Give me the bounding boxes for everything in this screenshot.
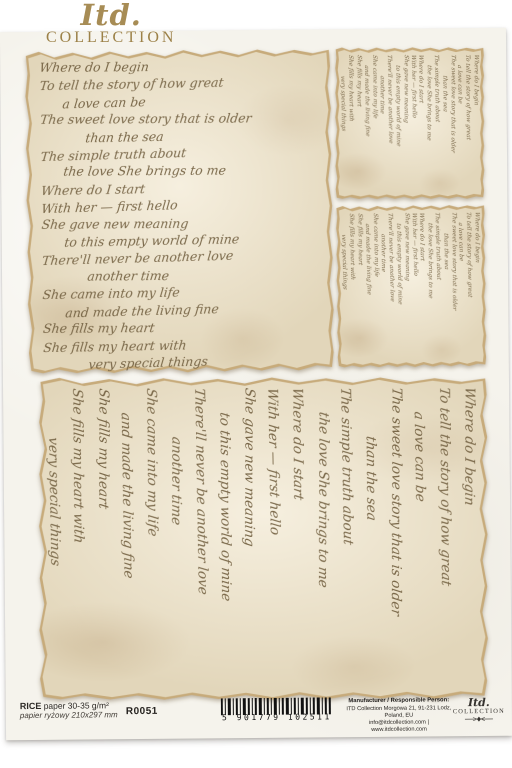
handwriting-line: than the sea	[439, 54, 448, 153]
handwriting-line: another time	[377, 54, 385, 153]
brand-caps-text: COLLECTION	[46, 30, 176, 46]
handwriting-line: another time	[164, 387, 189, 618]
scanned-rice-paper-sheet: Where do I beginTo tell the story of how…	[0, 28, 512, 740]
handwriting-line: With her — first hello	[260, 387, 288, 618]
paper-type-pl: papier ryżowy 210x297 mm	[20, 710, 118, 720]
handwriting-line: She came into my life	[369, 54, 378, 153]
brand-script-text: Itd.	[46, 1, 176, 30]
product-code: R0051	[126, 706, 158, 717]
handwriting-line: The sweet love story that is older	[39, 110, 252, 129]
handwriting-line: The sweet love story that is older	[448, 212, 456, 311]
paper-piece-bottom-large: Where do I beginTo tell the story of how…	[37, 375, 490, 702]
handwritten-lyrics: Where do I beginTo tell the story of how…	[39, 57, 255, 373]
handwriting-line: Where do I start	[285, 386, 311, 617]
handwriting-line: To tell the story of how great	[463, 54, 472, 153]
handwriting-line: The simple truth about	[333, 386, 361, 617]
brand-script-text: Itd.	[451, 698, 507, 708]
handwriting-line: She fills my heart	[355, 213, 363, 312]
handwriting-line: She gave new meaning	[401, 54, 409, 153]
rotated-text-block: Where do I beginTo tell the story of how…	[37, 375, 490, 702]
paper-specification: RICE paper 30-35 g/m² papier ryżowy 210x…	[20, 700, 118, 720]
handwritten-lyrics: Where do I beginTo tell the story of how…	[42, 387, 482, 617]
barcode-digits: 5 901779 102511	[214, 713, 340, 722]
handwriting-line: Where do I begin	[472, 211, 480, 310]
handwriting-line: to this empty world of mine	[212, 387, 238, 618]
handwriting-line: a love can be	[406, 386, 434, 617]
handwriting-line: Where do I begin	[456, 386, 481, 617]
paper-piece-top-left: Where do I beginTo tell the story of how…	[23, 47, 336, 376]
handwriting-line: and made the living fine	[113, 387, 141, 618]
handwriting-line: very special things	[40, 387, 68, 618]
paper-type-rest: paper 30-35 g/m²	[41, 700, 109, 711]
brand-logo-small: Itd. COLLECTION	[451, 698, 507, 722]
handwriting-line: She gave new meaning	[237, 386, 262, 617]
handwriting-line: The sweet love story that is older	[447, 54, 455, 153]
handwriting-line: the love She brings to me	[310, 386, 335, 617]
handwritten-lyrics: Where do I beginTo tell the story of how…	[339, 212, 481, 312]
rotated-text-block: Where do I beginTo tell the story of how…	[334, 46, 485, 200]
paper-piece-right-bottom: Where do I beginTo tell the story of how…	[335, 204, 487, 369]
flourish-ornament-icon	[464, 716, 494, 722]
rotated-text-block: Where do I beginTo tell the story of how…	[335, 204, 487, 369]
handwriting-line: Where do I begin	[471, 54, 479, 153]
brand-logo-top: Itd. COLLECTION	[46, 1, 176, 46]
paper-piece-right-top: Where do I beginTo tell the story of how…	[334, 46, 485, 200]
handwriting-line: to this empty world of mine	[392, 54, 401, 153]
handwriting-line: She fills my heart	[42, 318, 255, 337]
handwriting-line: than the sea	[358, 386, 384, 617]
manufacturer-address: ITD Collection Morgowa 21, 91-231 Lodz, …	[342, 705, 456, 720]
product-info-strip: RICE paper 30-35 g/m² papier ryżowy 210x…	[6, 694, 512, 736]
handwriting-line: She fills my heart	[354, 54, 362, 153]
handwriting-line: To tell the story of how great	[431, 386, 457, 617]
paper-type-bold: RICE	[20, 701, 42, 711]
handwriting-line: She fills my heart with	[65, 387, 91, 618]
handwriting-line: the love She brings to me	[425, 212, 433, 311]
handwriting-line: With her — first hello	[408, 54, 418, 153]
handwritten-lyrics: Where do I beginTo tell the story of how…	[338, 54, 479, 153]
handwriting-line: and made the living fine	[361, 54, 371, 153]
handwriting-line: She fills my heart	[90, 387, 115, 618]
manufacturer-info: Manufacturer / Responsible Person: ITD C…	[342, 697, 456, 734]
handwriting-line: The sweet love story that is older	[383, 386, 408, 617]
handwriting-line: She fills my heart with	[346, 54, 355, 153]
brand-caps-text: COLLECTION	[451, 708, 507, 716]
handwriting-line: There'll never be another love	[186, 387, 214, 618]
handwriting-line: the love She brings to me	[424, 54, 432, 153]
manufacturer-contact: info@itdcollection.com | www.itdcollecti…	[342, 719, 456, 734]
handwriting-line: She gave new meaning	[402, 212, 410, 311]
handwriting-line: She came into my life	[139, 387, 165, 618]
barcode: 5 901779 102511	[214, 697, 340, 722]
